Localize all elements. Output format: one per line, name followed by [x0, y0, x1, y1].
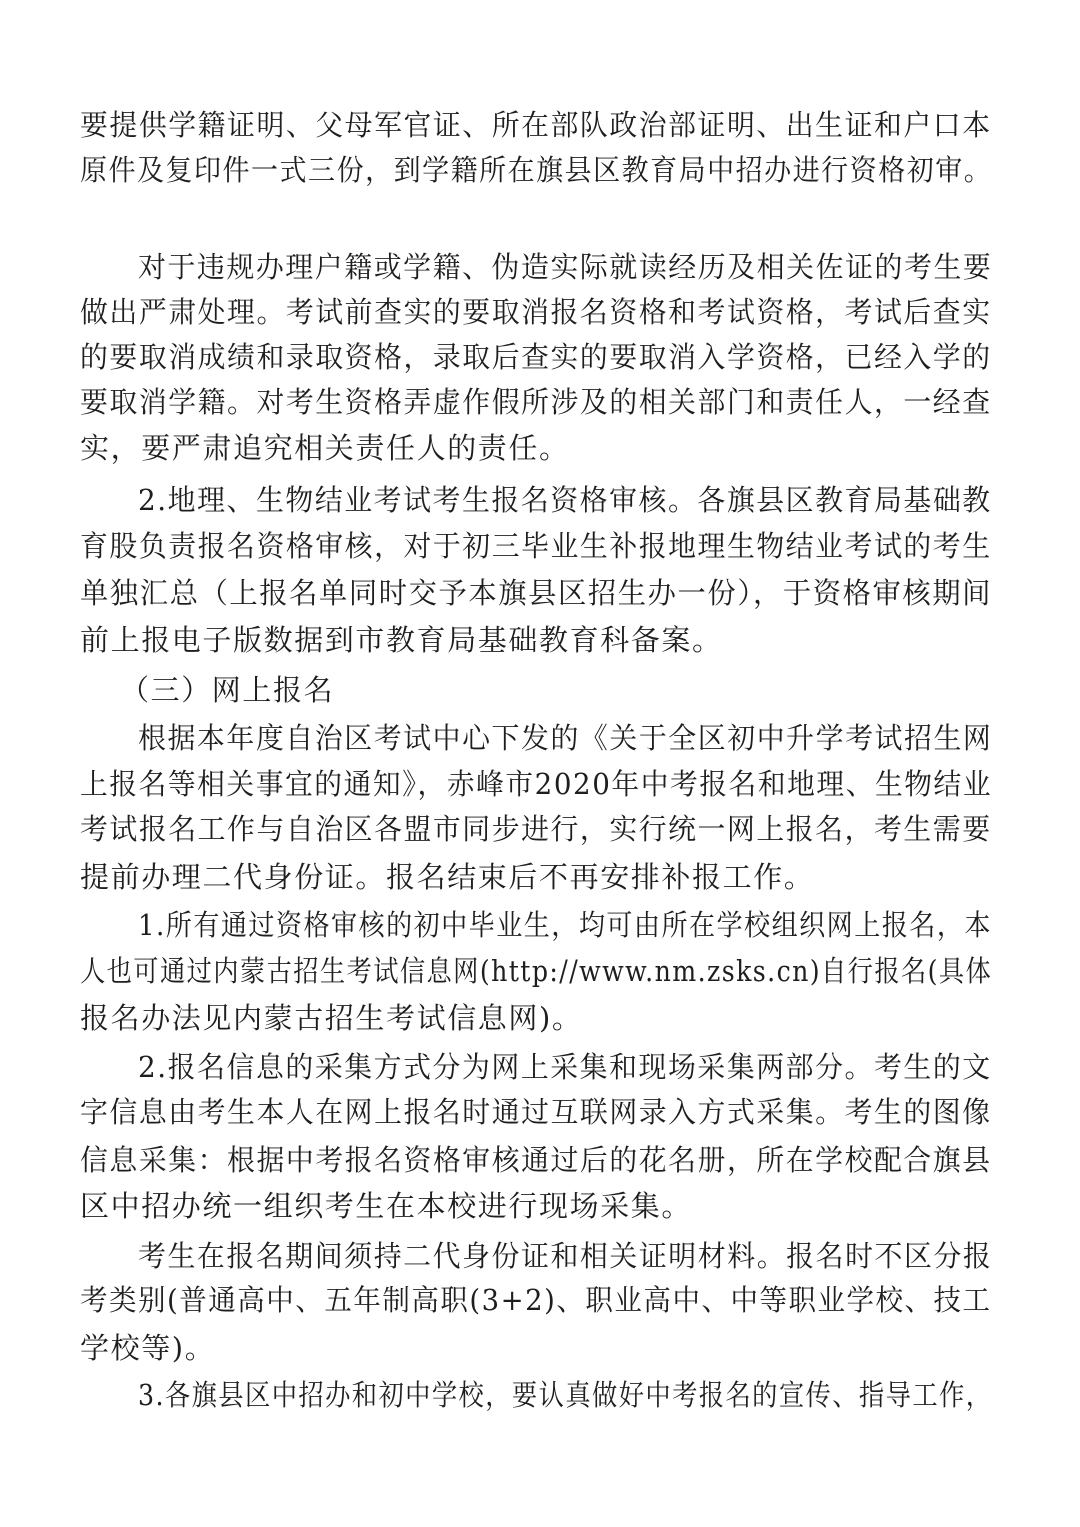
paragraph-first-line: 考生在报名期间须持二代身份证和相关证明材料。报名时不区分报 [138, 1238, 992, 1274]
paragraph-first-line: 3.各旗县区中招办和初中学校，要认真做好中考报名的宣传、指导工作， [138, 1377, 992, 1413]
text-line: 育股负责报名资格审核，对于初三毕业生补报地理生物结业考试的考生 [80, 528, 992, 564]
section-heading: （三）网上报名 [120, 672, 334, 708]
text-line: 字信息由考生本人在网上报名时通过互联网录入方式采集。考生的图像 [80, 1094, 992, 1130]
text-line: 信息采集：根据中考报名资格审核通过后的花名册，所在学校配合旗县 [80, 1142, 992, 1178]
text-line: 要提供学籍证明、父母军官证、所在部队政治部证明、出生证和户口本 [80, 107, 992, 143]
text-line: 考试报名工作与自治区各盟市同步进行，实行统一网上报名，考生需要 [80, 811, 992, 847]
paragraph-first-line: 根据本年度自治区考试中心下发的《关于全区初中升学考试招生网 [138, 720, 992, 756]
text-line: 报名办法见内蒙古招生考试信息网)。 [80, 1000, 583, 1036]
text-line: 上报名等相关事宜的通知》，赤峰市2020年中考报名和地理、生物结业 [80, 766, 992, 802]
paragraph-first-line: 对于违规办理户籍或学籍、伪造实际就读经历及相关佐证的考生要 [138, 249, 992, 285]
paragraph-first-line: 1.所有通过资格审核的初中毕业生，均可由所在学校组织网上报名，本 [138, 907, 992, 943]
text-line: 要取消学籍。对考生资格弄虚作假所涉及的相关部门和责任人，一经查 [80, 384, 992, 420]
paragraph-first-line: 2.报名信息的采集方式分为网上采集和现场采集两部分。考生的文 [138, 1049, 992, 1085]
text-line: 人也可通过内蒙古招生考试信息网(http://www.nm.zsks.cn)自行… [80, 953, 992, 989]
text-line: 提前办理二代身份证。报名结束后不再安排补报工作。 [80, 859, 814, 895]
text-line: 实，要严肃追究相关责任人的责任。 [80, 430, 570, 466]
text-line: 的要取消成绩和录取资格，录取后查实的要取消入学资格，已经入学的 [80, 339, 992, 375]
text-line: 前上报电子版数据到市教育局基础教育科备案。 [80, 622, 723, 658]
text-line: 学校等)。 [80, 1330, 215, 1366]
text-line: 原件及复印件一式三份，到学籍所在旗县区教育局中招办进行资格初审。 [80, 152, 992, 188]
text-line: 区中招办统一组织考生在本校进行现场采集。 [80, 1188, 692, 1224]
text-line: 考类别(普通高中、五年制高职(3+2)、职业高中、中等职业学校、技工 [80, 1282, 992, 1318]
text-line: 做出严肃处理。考试前查实的要取消报名资格和考试资格，考试后查实 [80, 294, 992, 330]
text-line: 单独汇总（上报名单同时交予本旗县区招生办一份），于资格审核期间 [80, 575, 992, 611]
document-page: 要提供学籍证明、父母军官证、所在部队政治部证明、出生证和户口本 原件及复印件一式… [0, 0, 1080, 1527]
paragraph-first-line: 2.地理、生物结业考试考生报名资格审核。各旗县区教育局基础教 [138, 482, 992, 518]
